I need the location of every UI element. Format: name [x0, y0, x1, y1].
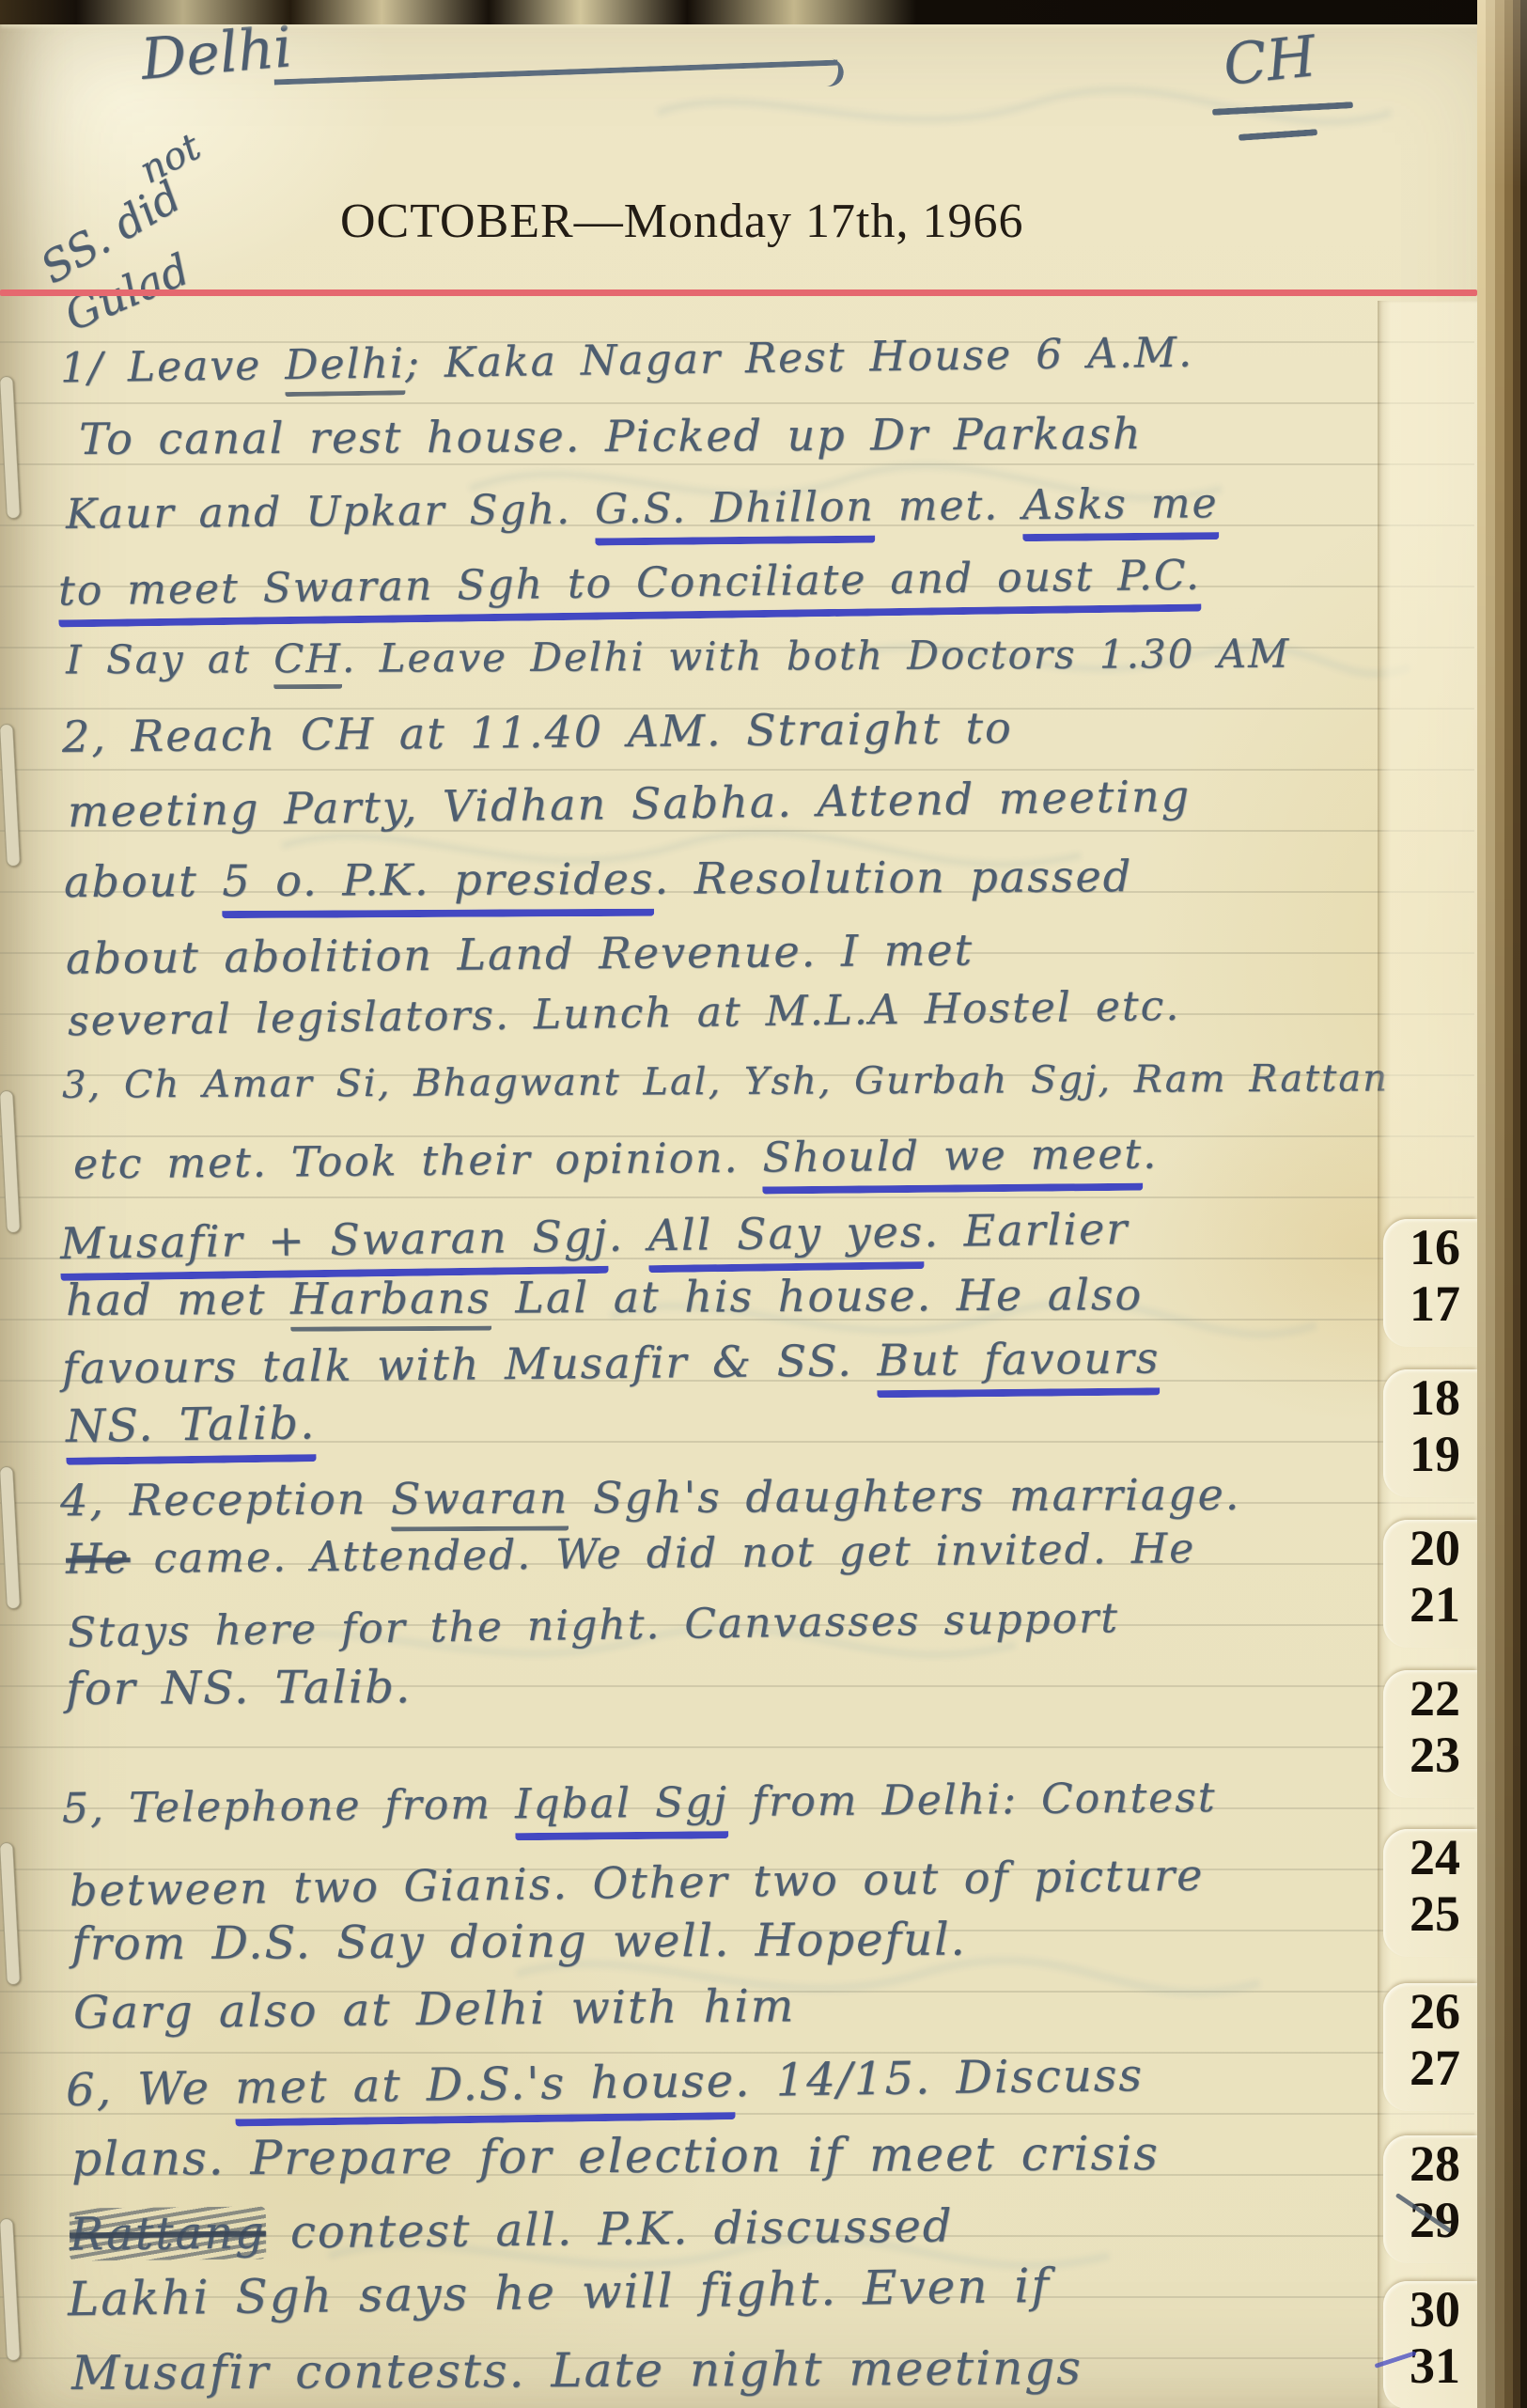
diary-text: . [1143, 1130, 1158, 1178]
diary-text: met. [874, 481, 1022, 531]
diary-text: . Resolution passed [654, 851, 1132, 904]
diary-text: 5, Telephone from [62, 1780, 515, 1833]
diary-text: for NS. Talib. [66, 1661, 412, 1715]
date-tab-number: 24 [1383, 1829, 1477, 1885]
diary-line: I Say at CH. Leave Delhi with both Docto… [66, 631, 1290, 683]
underlined-phrase: Iqbal Sgj [515, 1778, 729, 1840]
underlined-phrase: But favours [877, 1332, 1161, 1398]
diary-text: . Earlier [924, 1203, 1130, 1257]
diary-line: for NS. Talib. [66, 1661, 412, 1715]
diary-text: from D.S. Say doing well. Hopeful. [71, 1914, 967, 1971]
date-tab-number: 26 [1383, 1983, 1477, 2040]
diary-text: . Leave Delhi with both Doctors 1.30 AM [342, 631, 1290, 681]
diary-line: Rattang contest all. P.K. discussed [70, 2199, 954, 2260]
diary-text: 1/ Leave [60, 341, 286, 392]
diary-line: about 5 o. P.K. presides. Resolution pas… [64, 851, 1132, 907]
diary-line: Kaur and Upkar Sgh. G.S. Dhillon met. As… [66, 479, 1219, 539]
date-tab-number: 23 [1383, 1727, 1477, 1783]
diary-line: about abolition Land Revenue. I met [66, 924, 974, 983]
diary-text: from Delhi: Contest [728, 1774, 1217, 1826]
underlined-phrase: CH [273, 635, 342, 689]
diary-text: 4, Reception [60, 1473, 391, 1525]
diary-text: Sgh's daughters marriage. [569, 1469, 1240, 1524]
diary-text: To canal rest house. Picked up Dr Parkas… [79, 408, 1143, 464]
diary-text: 6, We [66, 2061, 236, 2117]
diary-line: 4, Reception Swaran Sgh's daughters marr… [60, 1469, 1241, 1526]
diary-text: came. Attended. We did not get invited. … [130, 1525, 1195, 1583]
diary-page-scan: Delhi CH notSS. didGulad OCTOBER—Monday … [0, 0, 1527, 2408]
underlined-phrase: Harbans [290, 1273, 491, 1332]
date-tab-26-27: 2627 [1383, 1983, 1477, 2111]
diary-text: contest all. P.K. discussed [265, 2199, 953, 2259]
diary-text: . [608, 1210, 648, 1261]
printed-date-header: OCTOBER—Monday 17th, 1966 [340, 194, 1024, 249]
date-tab-16-17: 1617 [1383, 1219, 1477, 1347]
diary-line: Garg also at Delhi with him [73, 1979, 796, 2039]
diary-line: To canal rest house. Picked up Dr Parkas… [79, 408, 1143, 464]
diary-text: had met [66, 1274, 290, 1325]
diary-text: I Say at [66, 635, 273, 682]
diary-text: Musafir contests. Late night meetings [71, 2340, 1083, 2400]
date-tab-22-23: 2223 [1383, 1670, 1477, 1798]
red-header-rule [0, 289, 1477, 296]
date-tab-number: 21 [1383, 1576, 1477, 1633]
diary-text: about [64, 855, 223, 907]
underlined-phrase: Should we meet [762, 1131, 1143, 1195]
date-tab-28-29: 2829 [1383, 2135, 1477, 2263]
struck-phrase: Rattang [70, 2207, 266, 2261]
date-tab-20-21: 2021 [1383, 1520, 1477, 1648]
date-tab-30-31: 3031 [1383, 2281, 1477, 2408]
date-tab-number: 20 [1383, 1520, 1477, 1576]
diary-text: Kaur and Upkar Sgh. [66, 485, 595, 538]
corner-mark: CH [1221, 23, 1319, 99]
diary-text: 2, Reach CH at 11.40 AM. Straight to [62, 702, 1013, 762]
date-tab-number: 30 [1383, 2281, 1477, 2338]
date-tab-number: 31 [1383, 2338, 1477, 2394]
underlined-phrase: met at D.S.'s house [235, 2055, 736, 2126]
date-tab-number: 22 [1383, 1670, 1477, 1727]
diary-line: 2, Reach CH at 11.40 AM. Straight to [62, 702, 1013, 762]
struck-phrase: He [66, 1535, 131, 1584]
diary-line: had met Harbans Lal at his house. He als… [66, 1269, 1143, 1325]
date-tab-number: 27 [1383, 2040, 1477, 2096]
diary-line: Musafir contests. Late night meetings [71, 2340, 1083, 2400]
date-tab-number: 19 [1383, 1426, 1477, 1482]
underlined-phrase: Asks me [1022, 479, 1219, 541]
date-tab-18-19: 1819 [1383, 1369, 1477, 1497]
diary-text: Lal at his house. He also [491, 1269, 1144, 1323]
diary-line: plans. Prepare for election if meet cris… [71, 2126, 1160, 2186]
date-tab-number: 18 [1383, 1369, 1477, 1426]
diary-line: favours talk with Musafir & SS. But favo… [62, 1332, 1161, 1393]
underlined-phrase: Delhi [285, 339, 406, 397]
diary-text: etc met. Took their opinion. [73, 1134, 763, 1189]
diary-line: etc met. Took their opinion. Should we m… [73, 1130, 1159, 1188]
date-tab-24-25: 2425 [1383, 1829, 1477, 1957]
date-tab-number: 25 [1383, 1885, 1477, 1942]
underlined-phrase: Musafir + Swaran Sgj [60, 1211, 609, 1281]
underlined-phrase: Swaran [391, 1472, 569, 1531]
date-tab-number: 16 [1383, 1219, 1477, 1275]
underlined-phrase: NS. Talib. [66, 1397, 317, 1465]
diary-line: NS. Talib. [66, 1397, 317, 1453]
diary-text: plans. Prepare for election if meet cris… [71, 2126, 1160, 2186]
underlined-phrase: G.S. Dhillon [595, 483, 875, 546]
book-top-edge [0, 0, 1527, 24]
diary-text: about abolition Land Revenue. I met [66, 924, 974, 983]
diary-text: 3, Ch Amar Si, Bhagwant Lal, Ysh, Gurbah… [62, 1056, 1389, 1106]
date-tab-number: 17 [1383, 1275, 1477, 1332]
book-fore-edge [1477, 0, 1527, 2408]
underlined-phrase: 5 o. P.K. presides [222, 853, 654, 918]
diary-text: . 14/15. Discuss [735, 2049, 1145, 2107]
underlined-phrase: All Say yes [647, 1206, 925, 1273]
diary-text: favours talk with Musafir & SS. [62, 1335, 878, 1393]
date-tab-number: 28 [1383, 2135, 1477, 2192]
diary-line: 3, Ch Amar Si, Bhagwant Lal, Ysh, Gurbah… [62, 1056, 1389, 1106]
handwritten-location: Delhi [138, 14, 294, 93]
diary-text: Garg also at Delhi with him [73, 1979, 796, 2039]
diary-line: from D.S. Say doing well. Hopeful. [71, 1914, 967, 1971]
